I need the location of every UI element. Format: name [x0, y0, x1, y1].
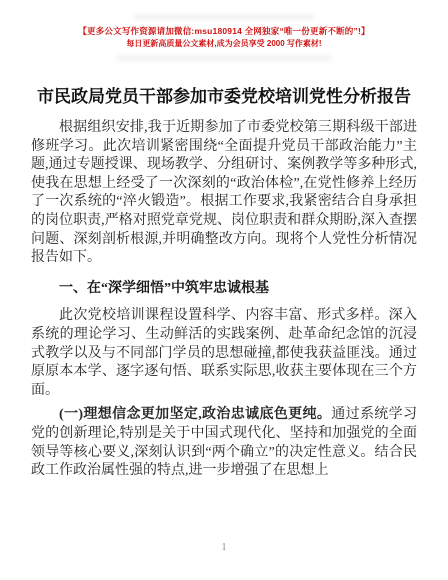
document-title: 市民政局党员干部参加市委党校培训党性分析报告	[37, 86, 411, 107]
blurred-text-artifact-top	[134, 14, 314, 20]
document-body: 根据组织安排,我于近期参加了市委党校第三期科级干部进修班学习。此次培训紧密围绕“…	[31, 119, 417, 481]
header-ad-line-1: 【更多公文写作资源请加微信:msu180914 全网独家“唯一份更新不断的”!】	[31, 26, 417, 37]
section-heading-1: 一、在“深学细悟”中筑牢忠诚根基	[31, 280, 417, 299]
header-ad: 【更多公文写作资源请加微信:msu180914 全网独家“唯一份更新不断的”!】…	[31, 26, 417, 49]
paragraph-point-1: (一)理想信念更加坚定,政治忠诚底色更纯。通过系统学习党的创新理论,特别是关于中…	[31, 406, 417, 480]
page-number: 1	[0, 542, 448, 553]
document-page: 【更多公文写作资源请加微信:msu180914 全网独家“唯一份更新不断的”!】…	[0, 0, 448, 580]
header-ad-line-2: 每日更新高质量公文素材,成为会员享受 2000 写作素材!	[31, 38, 417, 49]
blurred-text-artifact-bottom	[117, 55, 332, 61]
paragraph-intro: 根据组织安排,我于近期参加了市委党校第三期科级干部进修班学习。此次培训紧密围绕“…	[31, 119, 417, 268]
paragraph-point-1-lead: (一)理想信念更加坚定,政治忠诚底色更纯。	[59, 407, 331, 422]
paragraph-overview: 此次党校培训课程设置科学、内容丰富、形式多样。深入系统的理论学习、生动鲜活的实践…	[31, 307, 417, 400]
